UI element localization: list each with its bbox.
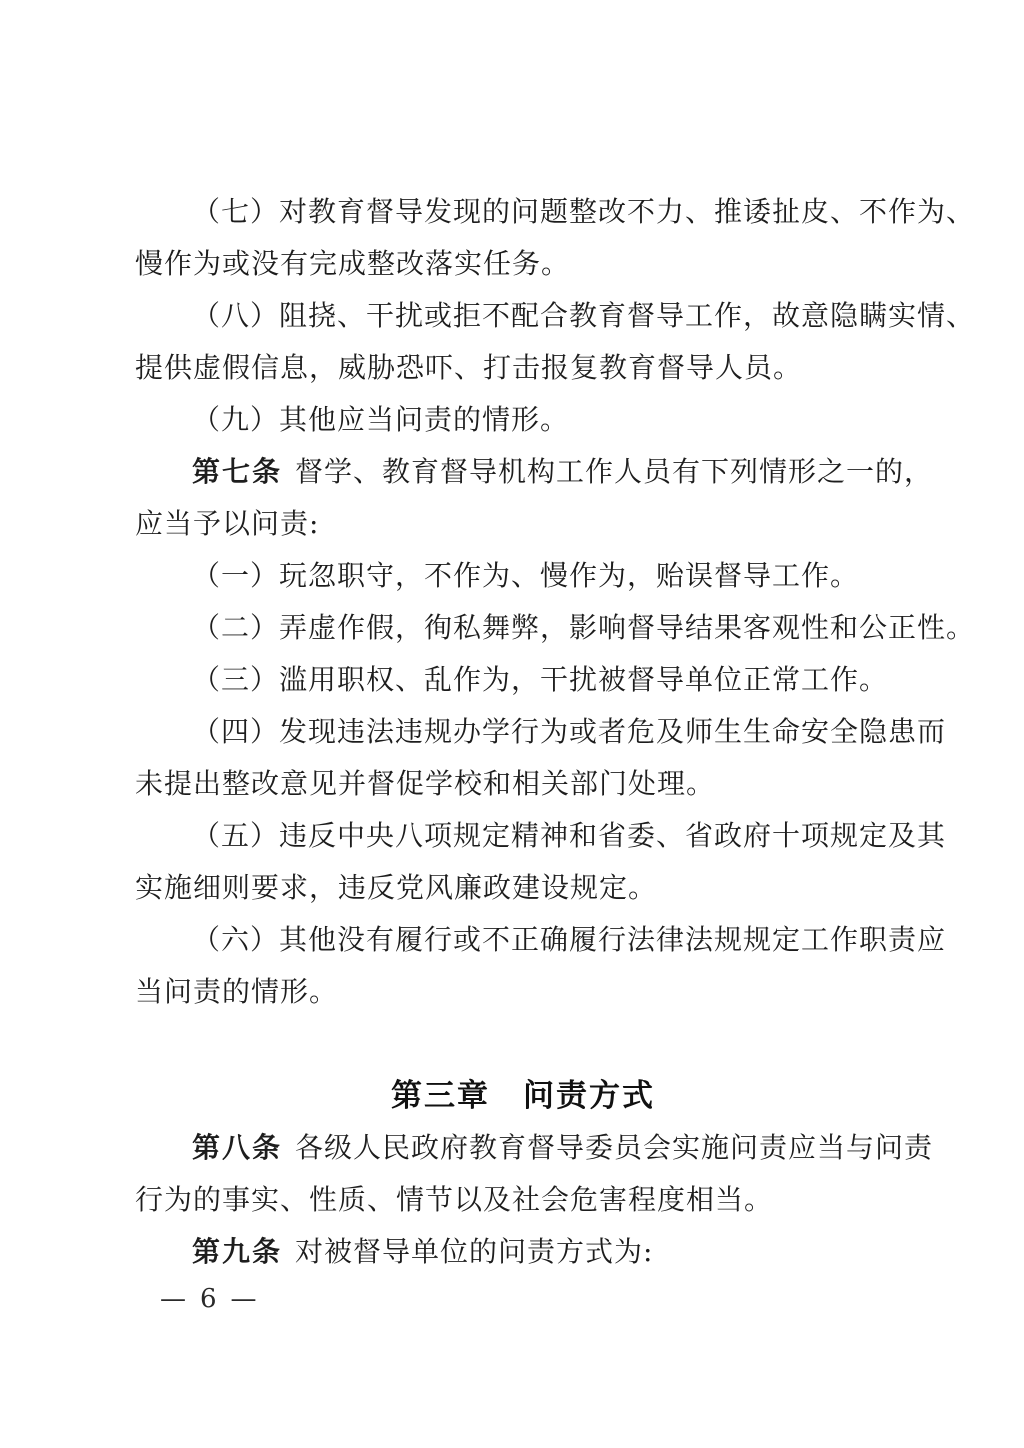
document-line: 第九条对被督导单位的问责方式为: [135,1226,911,1278]
document-line: 提供虚假信息，威胁恐吓、打击报复教育督导人员。 [135,342,911,394]
document-line: （七）对教育督导发现的问题整改不力、推诿扯皮、不作为、 [135,186,911,238]
chapter-heading: 第三章 问责方式 [135,1070,911,1122]
document-line: 未提出整改意见并督促学校和相关部门处理。 [135,758,911,810]
article-9-label: 第九条 [192,1236,282,1267]
document-line: 应当予以问责: [135,498,911,550]
document-line: 第七条督学、教育督导机构工作人员有下列情形之一的， [135,446,911,498]
footer-dash-left: — [160,1284,186,1314]
document-line: 实施细则要求，违反党风廉政建设规定。 [135,862,911,914]
footer-dash-right: — [231,1284,257,1314]
document-line: （一）玩忽职守，不作为、慢作为，贻误督导工作。 [135,550,911,602]
article-9-text: 对被督导单位的问责方式为: [295,1235,653,1268]
article-7-text: 督学、教育督导机构工作人员有下列情形之一的， [295,455,933,488]
document-line: 行为的事实、性质、情节以及社会危害程度相当。 [135,1174,911,1226]
document-line: 第八条各级人民政府教育督导委员会实施问责应当与问责 [135,1122,911,1174]
page-number: —6— [160,1284,257,1314]
document-line: （五）违反中央八项规定精神和省委、省政府十项规定及其 [135,810,911,862]
article-8-label: 第八条 [192,1132,282,1163]
article-8-text: 各级人民政府教育督导委员会实施问责应当与问责 [295,1131,933,1164]
document-line: （六）其他没有履行或不正确履行法律法规规定工作职责应 [135,914,911,966]
footer-page-number: 6 [200,1284,217,1314]
document-line: （四）发现违法违规办学行为或者危及师生生命安全隐患而 [135,706,911,758]
document-line: （二）弄虚作假，徇私舞弊，影响督导结果客观性和公正性。 [135,602,911,654]
document-page: （七）对教育督导发现的问题整改不力、推诿扯皮、不作为、 慢作为或没有完成整改落实… [0,0,1024,1448]
document-line: 慢作为或没有完成整改落实任务。 [135,238,911,290]
document-line: （九）其他应当问责的情形。 [135,394,911,446]
document-body: （七）对教育督导发现的问题整改不力、推诿扯皮、不作为、 慢作为或没有完成整改落实… [135,186,911,1278]
document-line: （八）阻挠、干扰或拒不配合教育督导工作，故意隐瞒实情、 [135,290,911,342]
document-line: （三）滥用职权、乱作为，干扰被督导单位正常工作。 [135,654,911,706]
document-line: 当问责的情形。 [135,966,911,1018]
article-7-label: 第七条 [192,456,282,487]
